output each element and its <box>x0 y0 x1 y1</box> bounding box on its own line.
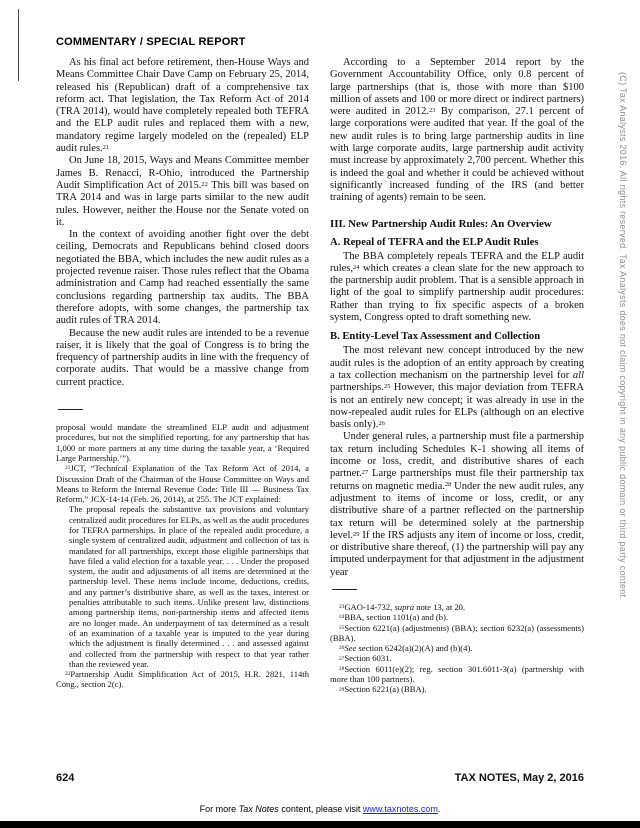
footer-promo: For more Tax Notes content, please visit… <box>0 804 640 814</box>
paragraph-entity-2: Under general rules, a partnership must … <box>330 431 584 579</box>
heading-subsection-a: A. Repeal of TEFRA and the ELP Audit Rul… <box>330 237 584 249</box>
page-header: COMMENTARY / SPECIAL REPORT <box>56 36 246 48</box>
document-page: COMMENTARY / SPECIAL REPORT As his final… <box>0 0 640 828</box>
footnote-28: 28Section 6011(e)(2); reg. section 301.6… <box>330 664 584 685</box>
paragraph-repeal: The BBA completely repeals TEFRA and the… <box>330 251 584 325</box>
page-number: 624 <box>56 772 74 784</box>
footnote-separator-right <box>332 589 357 590</box>
taxnotes-link[interactable]: www.taxnotes.com <box>363 804 438 814</box>
footnote-22: 22Partnership Audit Simplification Act o… <box>56 669 309 690</box>
paragraph-4: Because the new audit rules are intended… <box>56 328 309 389</box>
bottom-bar <box>0 821 640 828</box>
paragraph-2: On June 18, 2015, Ways and Means Committ… <box>56 155 309 229</box>
heading-subsection-b: B. Entity-Level Tax Assessment and Colle… <box>330 331 584 343</box>
journal-date: TAX NOTES, May 2, 2016 <box>455 772 584 784</box>
right-column: According to a September 2014 report by … <box>330 57 584 695</box>
footnote-26: 26See section 6242(a)(2)(A) and (b)(4). <box>330 643 584 653</box>
footnote-21: 21JCT, “Technical Explanation of the Tax… <box>56 463 309 504</box>
footnote-continuation: proposal would mandate the streamlined E… <box>56 422 309 463</box>
footnote-27: 27Section 6031. <box>330 653 584 663</box>
footnote-23: 23GAO-14-732, supra note 13, at 20. <box>330 602 584 612</box>
paragraph-entity-1: The most relevant new concept introduced… <box>330 345 584 431</box>
footnote-separator-left <box>58 409 83 410</box>
left-column: As his final act before retirement, then… <box>56 57 309 690</box>
paragraph-3: In the context of avoiding another fight… <box>56 229 309 327</box>
paragraph-1: As his final act before retirement, then… <box>56 57 309 155</box>
footnote-29: 29Section 6221(a) (BBA). <box>330 684 584 694</box>
heading-section-iii: III. New Partnership Audit Rules: An Ove… <box>330 218 584 230</box>
copyright-sidebar: (C) Tax Analysts 2016. All rights reserv… <box>618 72 628 722</box>
footnote-21-blockquote: The proposal repeals the substantive tax… <box>69 504 309 669</box>
scan-artifact-line <box>18 9 19 81</box>
footnote-24: 24BBA, section 1101(a) and (b). <box>330 612 584 622</box>
paragraph-gao: According to a September 2014 report by … <box>330 57 584 205</box>
footnote-25: 25Section 6221(a) (adjustments) (BBA); s… <box>330 623 584 644</box>
